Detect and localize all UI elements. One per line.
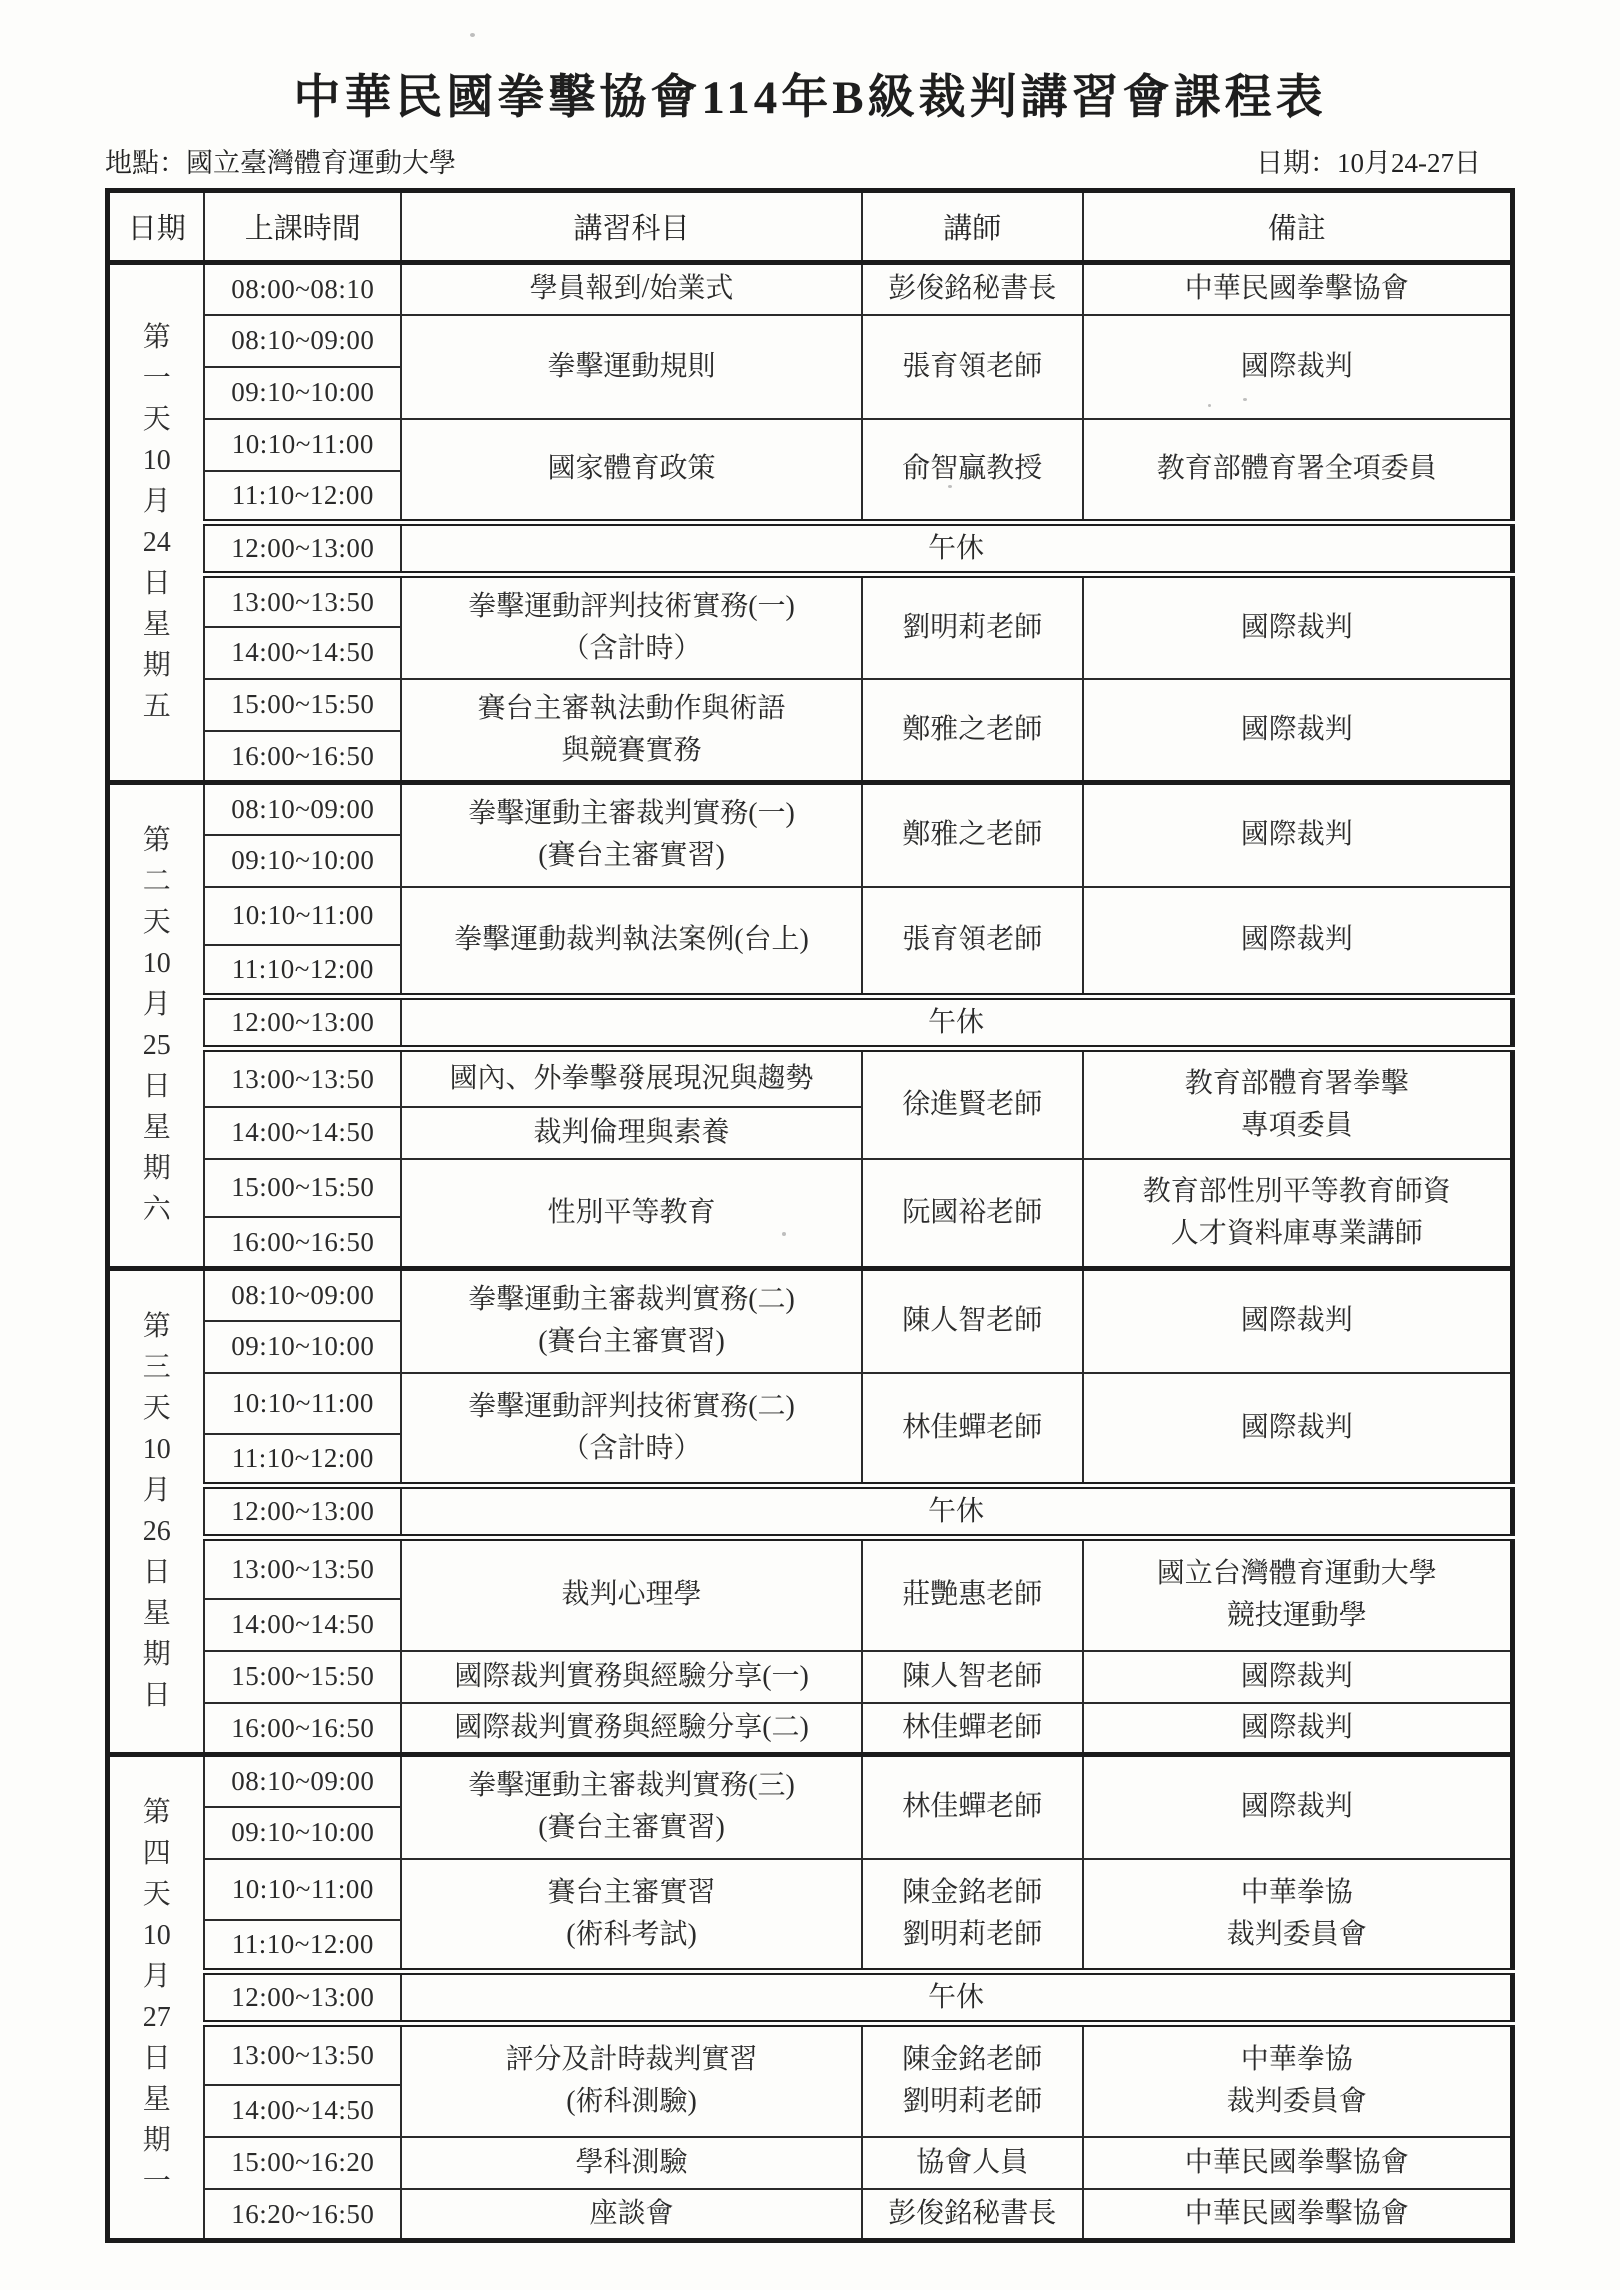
session-remark: 國際裁判 — [1083, 887, 1513, 997]
day-label-part: 六 — [143, 1196, 171, 1224]
session-lecturer: 彭俊銘秘書長 — [862, 263, 1083, 315]
session-time: 08:10~09:00 — [204, 1755, 401, 1807]
session-time: 08:10~09:00 — [204, 783, 401, 835]
session-subject: 國內、外拳擊發展現況與趨勢 — [401, 1049, 862, 1107]
session-subject: 拳擊運動主審裁判實務(二) (賽台主審實習) — [401, 1269, 862, 1373]
session-lecturer: 陳人智老師 — [862, 1269, 1083, 1373]
lunch-row: 12:00~13:00 午休 — [108, 1486, 1513, 1538]
session-lecturer: 林佳蟬老師 — [862, 1703, 1083, 1755]
col-header-date: 日期 — [108, 191, 205, 263]
session-lecturer: 林佳蟬老師 — [862, 1373, 1083, 1486]
session-lecturer: 協會人員 — [862, 2137, 1083, 2189]
day-label-2: 第 二 天 10 月 25 日 星 期 六 — [110, 827, 203, 1224]
session-time: 12:00~13:00 — [204, 1972, 401, 2024]
subheader: 地點：國立臺灣體育運動大學 日期：10月24-27日 — [105, 141, 1515, 180]
day-label-part: 第 — [143, 1799, 171, 1827]
session-time: 09:10~10:00 — [204, 1321, 401, 1373]
col-header-remark: 備註 — [1083, 191, 1513, 263]
session-time: 14:00~14:50 — [204, 627, 401, 679]
session-time: 11:10~12:00 — [204, 1434, 401, 1486]
table-row: 10:10~11:00 拳擊運動裁判執法案例(台上) 張育領老師 國際裁判 — [108, 887, 1513, 945]
table-row: 第 一 天 10 月 24 日 星 期 五 08:00~08:10 學員報到/始… — [108, 263, 1513, 315]
day-cell-4: 第 四 天 10 月 27 日 星 期 一 — [108, 1755, 205, 2241]
table-row: 10:10~11:00 賽台主審實習 (術科考試) 陳金銘老師 劉明莉老師 中華… — [108, 1859, 1513, 1920]
session-subject: 拳擊運動主審裁判實務(三) (賽台主審實習) — [401, 1755, 862, 1859]
day-cell-3: 第 三 天 10 月 26 日 星 期 日 — [108, 1269, 205, 1755]
session-subject: 性別平等教育 — [401, 1159, 862, 1269]
session-time: 14:00~14:50 — [204, 2085, 401, 2137]
session-subject: 賽台主審實習 (術科考試) — [401, 1859, 862, 1972]
day-label-part: 三 — [143, 1354, 171, 1382]
session-subject: 學科測驗 — [401, 2137, 862, 2189]
session-time: 10:10~11:00 — [204, 419, 401, 471]
session-remark: 國際裁判 — [1083, 1269, 1513, 1373]
day-label-part: 月 — [143, 1963, 171, 1991]
session-time: 11:10~12:00 — [204, 1920, 401, 1972]
table-row: 第 三 天 10 月 26 日 星 期 日 08:10~09:00 拳擊運動主審… — [108, 1269, 1513, 1321]
day-block-2: 第 二 天 10 月 25 日 星 期 六 08:10~09:00 拳擊運動主審… — [108, 783, 1513, 1269]
day-label-part: 月 — [143, 1477, 171, 1505]
day-label-part: 二 — [143, 868, 171, 896]
day-label-part: 星 — [143, 1114, 171, 1142]
session-time: 13:00~13:50 — [204, 1049, 401, 1107]
day-label-part: 日 — [143, 1682, 171, 1710]
lunch-row: 12:00~13:00 午休 — [108, 997, 1513, 1049]
session-remark: 國際裁判 — [1083, 315, 1513, 419]
table-row: 10:10~11:00 拳擊運動評判技術實務(二) （含計時） 林佳蟬老師 國際… — [108, 1373, 1513, 1434]
table-row: 第 四 天 10 月 27 日 星 期 一 08:10~09:00 拳擊運動主審… — [108, 1755, 1513, 1807]
scan-speck — [1208, 404, 1211, 407]
location-label: 地點：國立臺灣體育運動大學 — [105, 141, 456, 180]
day-cell-1: 第 一 天 10 月 24 日 星 期 五 — [108, 263, 205, 783]
session-subject: 裁判心理學 — [401, 1538, 862, 1651]
session-time: 08:10~09:00 — [204, 1269, 401, 1321]
session-time: 10:10~11:00 — [204, 1373, 401, 1434]
table-row: 15:00~15:50 賽台主審執法動作與術語 與競賽實務 鄭雅之老師 國際裁判 — [108, 679, 1513, 731]
session-time: 08:10~09:00 — [204, 315, 401, 367]
session-time: 16:00~16:50 — [204, 1217, 401, 1269]
day-label-part: 四 — [143, 1840, 171, 1868]
table-row: 10:10~11:00 國家體育政策 俞智贏教授 教育部體育署全項委員 — [108, 419, 1513, 471]
day-label-part: 第 — [143, 1313, 171, 1341]
col-header-time: 上課時間 — [204, 191, 401, 263]
session-time: 13:00~13:50 — [204, 2024, 401, 2085]
session-lecturer: 徐進賢老師 — [862, 1049, 1083, 1159]
session-lecturer: 阮國裕老師 — [862, 1159, 1083, 1269]
day-label-part: 天 — [143, 909, 171, 937]
session-subject: 國際裁判實務與經驗分享(一) — [401, 1651, 862, 1703]
day-label-part: 天 — [143, 406, 171, 434]
day-block-1: 第 一 天 10 月 24 日 星 期 五 08:00~08:10 學員報到/始… — [108, 263, 1513, 783]
session-subject: 拳擊運動評判技術實務(二) （含計時） — [401, 1373, 862, 1486]
session-time: 15:00~15:50 — [204, 679, 401, 731]
session-lecturer: 陳金銘老師 劉明莉老師 — [862, 1859, 1083, 1972]
day-label-4: 第 四 天 10 月 27 日 星 期 一 — [110, 1799, 203, 2196]
session-subject: 拳擊運動裁判執法案例(台上) — [401, 887, 862, 997]
session-time: 09:10~10:00 — [204, 1807, 401, 1859]
session-subject: 拳擊運動規則 — [401, 315, 862, 419]
day-label-part: 日 — [143, 2045, 171, 2073]
table-row: 13:00~13:50 拳擊運動評判技術實務(一) （含計時） 劉明莉老師 國際… — [108, 575, 1513, 627]
session-remark: 國際裁判 — [1083, 1651, 1513, 1703]
session-time: 09:10~10:00 — [204, 835, 401, 887]
page-title: 中華民國拳擊協會114年B級裁判講習會課程表 — [0, 0, 1620, 127]
session-time: 12:00~13:00 — [204, 1486, 401, 1538]
session-subject: 座談會 — [401, 2189, 862, 2241]
lunch-cell: 午休 — [401, 997, 1512, 1049]
day-label-part: 一 — [143, 365, 171, 393]
session-time: 15:00~15:50 — [204, 1651, 401, 1703]
day-label-part: 第 — [143, 324, 171, 352]
lunch-cell: 午休 — [401, 1486, 1512, 1538]
session-lecturer: 俞智贏教授 — [862, 419, 1083, 523]
day-label-3: 第 三 天 10 月 26 日 星 期 日 — [110, 1313, 203, 1710]
session-time: 11:10~12:00 — [204, 945, 401, 997]
session-lecturer: 陳人智老師 — [862, 1651, 1083, 1703]
day-label-part: 日 — [143, 1559, 171, 1587]
session-subject: 拳擊運動評判技術實務(一) （含計時） — [401, 575, 862, 679]
day-label-part: 天 — [143, 1881, 171, 1909]
header-row: 日期 上課時間 講習科目 講師 備註 — [108, 191, 1513, 263]
day-block-3: 第 三 天 10 月 26 日 星 期 日 08:10~09:00 拳擊運動主審… — [108, 1269, 1513, 1755]
session-time: 10:10~11:00 — [204, 887, 401, 945]
document-page: 中華民國拳擊協會114年B級裁判講習會課程表 地點：國立臺灣體育運動大學 日期：… — [0, 0, 1620, 2290]
table-row: 13:00~13:50 裁判心理學 莊艷惠老師 國立台灣體育運動大學 競技運動學 — [108, 1538, 1513, 1599]
lunch-row: 12:00~13:00 午休 — [108, 1972, 1513, 2024]
table-row: 13:00~13:50 國內、外拳擊發展現況與趨勢 徐進賢老師 教育部體育署拳擊… — [108, 1049, 1513, 1107]
day-label-part: 期 — [143, 1641, 171, 1669]
day-label-part: 27 — [143, 2004, 171, 2032]
session-lecturer: 張育領老師 — [862, 315, 1083, 419]
day-label-part: 期 — [143, 652, 171, 680]
table-row: 第 二 天 10 月 25 日 星 期 六 08:10~09:00 拳擊運動主審… — [108, 783, 1513, 835]
day-label-part: 天 — [143, 1395, 171, 1423]
session-remark: 教育部體育署拳擊 專項委員 — [1083, 1049, 1513, 1159]
session-subject: 國家體育政策 — [401, 419, 862, 523]
scan-speck — [782, 1232, 786, 1236]
session-remark: 國際裁判 — [1083, 1703, 1513, 1755]
day-label-part: 10 — [143, 1436, 171, 1464]
session-lecturer: 林佳蟬老師 — [862, 1755, 1083, 1859]
session-remark: 中華拳協 裁判委員會 — [1083, 1859, 1513, 1972]
day-label-part: 25 — [143, 1032, 171, 1060]
table-row: 08:10~09:00 拳擊運動規則 張育領老師 國際裁判 — [108, 315, 1513, 367]
table-header: 日期 上課時間 講習科目 講師 備註 — [108, 191, 1513, 263]
session-remark: 中華民國拳擊協會 — [1083, 2137, 1513, 2189]
day-label-part: 第 — [143, 827, 171, 855]
scan-speck — [948, 485, 952, 488]
session-time: 16:20~16:50 — [204, 2189, 401, 2241]
day-label-part: 10 — [143, 950, 171, 978]
day-label-1: 第 一 天 10 月 24 日 星 期 五 — [110, 324, 203, 721]
session-time: 15:00~16:20 — [204, 2137, 401, 2189]
lunch-cell: 午休 — [401, 523, 1512, 575]
table-row: 13:00~13:50 評分及計時裁判實習 (術科測驗) 陳金銘老師 劉明莉老師… — [108, 2024, 1513, 2085]
session-time: 09:10~10:00 — [204, 367, 401, 419]
table-row: 15:00~15:50 國際裁判實務與經驗分享(一) 陳人智老師 國際裁判 — [108, 1651, 1513, 1703]
day-label-part: 月 — [143, 991, 171, 1019]
day-label-part: 26 — [143, 1518, 171, 1546]
day-label-part: 星 — [143, 611, 171, 639]
session-time: 15:00~15:50 — [204, 1159, 401, 1217]
col-header-subject: 講習科目 — [401, 191, 862, 263]
session-remark: 國際裁判 — [1083, 783, 1513, 887]
session-time: 14:00~14:50 — [204, 1599, 401, 1651]
session-remark: 教育部性別平等教育師資 人才資料庫專業講師 — [1083, 1159, 1513, 1269]
session-lecturer: 張育領老師 — [862, 887, 1083, 997]
session-time: 14:00~14:50 — [204, 1107, 401, 1159]
session-subject: 拳擊運動主審裁判實務(一) (賽台主審實習) — [401, 783, 862, 887]
session-lecturer: 鄭雅之老師 — [862, 679, 1083, 783]
session-subject: 裁判倫理與素養 — [401, 1107, 862, 1159]
day-cell-2: 第 二 天 10 月 25 日 星 期 六 — [108, 783, 205, 1269]
session-remark: 國際裁判 — [1083, 575, 1513, 679]
session-time: 16:00~16:50 — [204, 731, 401, 783]
lunch-cell: 午休 — [401, 1972, 1512, 2024]
session-time: 10:10~11:00 — [204, 1859, 401, 1920]
session-remark: 教育部體育署全項委員 — [1083, 419, 1513, 523]
session-subject: 學員報到/始業式 — [401, 263, 862, 315]
day-label-part: 星 — [143, 2086, 171, 2114]
session-subject: 評分及計時裁判實習 (術科測驗) — [401, 2024, 862, 2137]
day-label-part: 10 — [143, 1922, 171, 1950]
session-remark: 中華民國拳擊協會 — [1083, 2189, 1513, 2241]
session-time: 16:00~16:50 — [204, 1703, 401, 1755]
session-subject: 賽台主審執法動作與術語 與競賽實務 — [401, 679, 862, 783]
scan-speck — [1243, 398, 1247, 401]
session-lecturer: 莊艷惠老師 — [862, 1538, 1083, 1651]
session-time: 12:00~13:00 — [204, 523, 401, 575]
scan-speck — [470, 33, 475, 37]
table-row: 15:00~15:50 性別平等教育 阮國裕老師 教育部性別平等教育師資 人才資… — [108, 1159, 1513, 1217]
lunch-row: 12:00~13:00 午休 — [108, 523, 1513, 575]
session-remark: 國際裁判 — [1083, 1755, 1513, 1859]
session-lecturer: 劉明莉老師 — [862, 575, 1083, 679]
table-row: 16:00~16:50 國際裁判實務與經驗分享(二) 林佳蟬老師 國際裁判 — [108, 1703, 1513, 1755]
session-lecturer: 鄭雅之老師 — [862, 783, 1083, 887]
session-time: 12:00~13:00 — [204, 997, 401, 1049]
day-label-part: 五 — [143, 693, 171, 721]
session-remark: 國立台灣體育運動大學 競技運動學 — [1083, 1538, 1513, 1651]
day-label-part: 星 — [143, 1600, 171, 1628]
session-remark: 國際裁判 — [1083, 1373, 1513, 1486]
day-label-part: 期 — [143, 2127, 171, 2155]
table-row: 16:20~16:50 座談會 彭俊銘秘書長 中華民國拳擊協會 — [108, 2189, 1513, 2241]
day-label-part: 期 — [143, 1155, 171, 1183]
session-remark: 中華拳協 裁判委員會 — [1083, 2024, 1513, 2137]
day-label-part: 24 — [143, 529, 171, 557]
session-remark: 中華民國拳擊協會 — [1083, 263, 1513, 315]
day-label-part: 日 — [143, 1073, 171, 1101]
day-label-part: 日 — [143, 570, 171, 598]
date-range-label: 日期：10月24-27日 — [1256, 141, 1515, 180]
session-subject: 國際裁判實務與經驗分享(二) — [401, 1703, 862, 1755]
session-time: 13:00~13:50 — [204, 1538, 401, 1599]
session-time: 13:00~13:50 — [204, 575, 401, 627]
day-label-part: 一 — [143, 2168, 171, 2196]
session-time: 11:10~12:00 — [204, 471, 401, 523]
col-header-lecturer: 講師 — [862, 191, 1083, 263]
day-label-part: 10 — [143, 447, 171, 475]
session-lecturer: 彭俊銘秘書長 — [862, 2189, 1083, 2241]
session-lecturer: 陳金銘老師 劉明莉老師 — [862, 2024, 1083, 2137]
table-row: 15:00~16:20 學科測驗 協會人員 中華民國拳擊協會 — [108, 2137, 1513, 2189]
day-block-4: 第 四 天 10 月 27 日 星 期 一 08:10~09:00 拳擊運動主審… — [108, 1755, 1513, 2241]
session-time: 08:00~08:10 — [204, 263, 401, 315]
schedule-table: 日期 上課時間 講習科目 講師 備註 第 一 天 10 月 24 日 — [105, 188, 1515, 2243]
session-remark: 國際裁判 — [1083, 679, 1513, 783]
day-label-part: 月 — [143, 488, 171, 516]
